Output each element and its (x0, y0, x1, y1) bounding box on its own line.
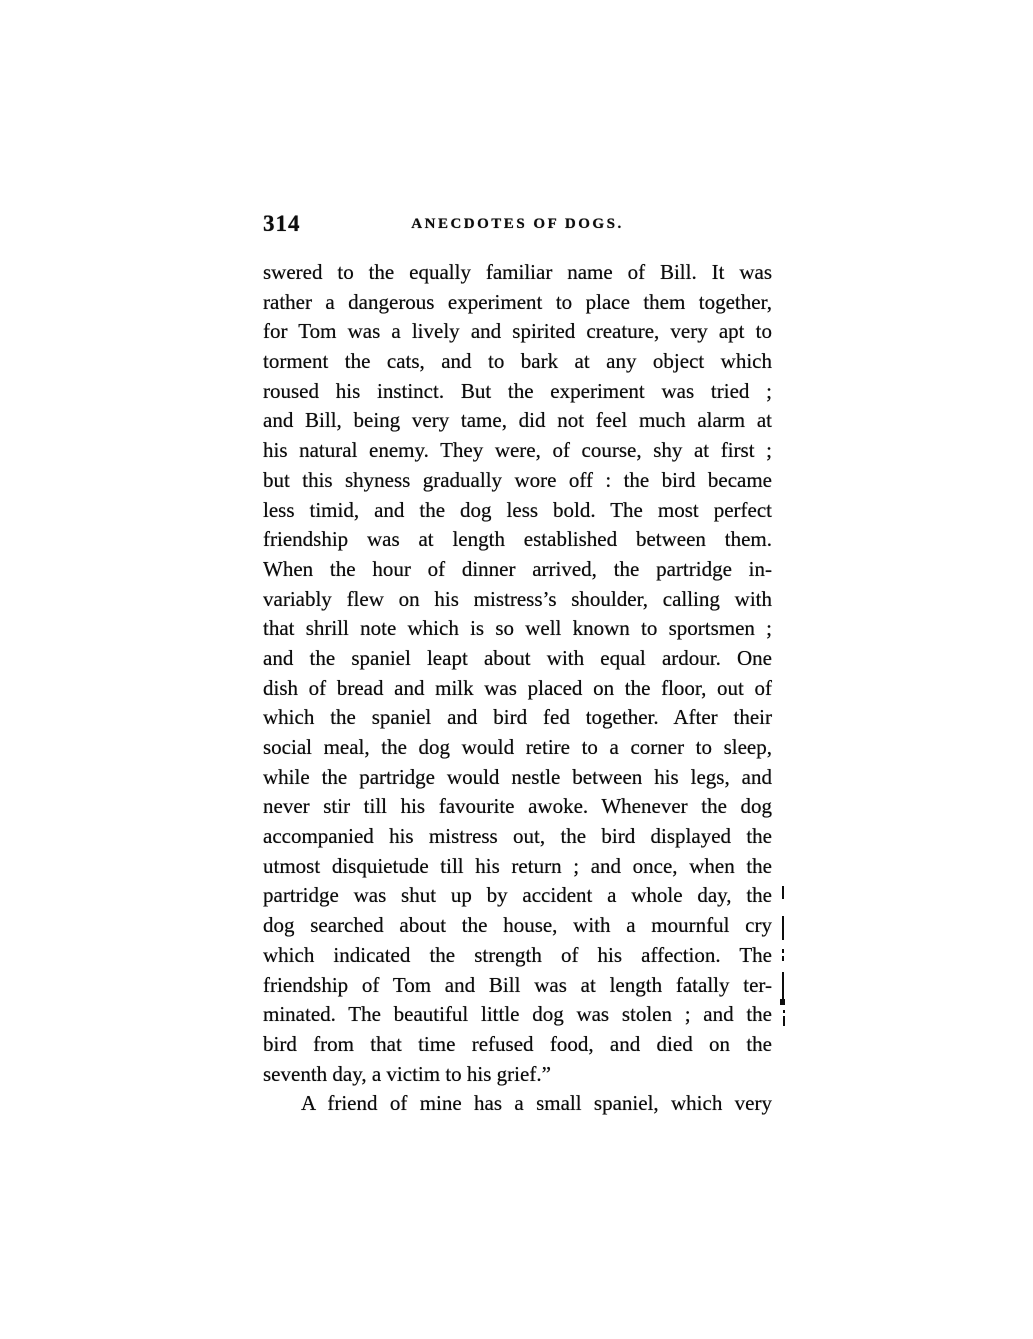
margin-mark-artifact (782, 949, 784, 953)
scanned-book-page: 314 ANECDOTES OF DOGS. swered to the equ… (0, 0, 1033, 1339)
margin-mark-artifact (783, 1010, 785, 1013)
margin-mark-artifact (782, 886, 784, 899)
text-line: dog searched about the house, with a mou… (263, 911, 772, 941)
text-line: utmost disquietude till his return ; and… (263, 852, 772, 882)
text-line: that shrill note which is so well known … (263, 614, 772, 644)
text-line: roused his instinct. But the experiment … (263, 377, 772, 407)
text-line: which the spaniel and bird fed together.… (263, 703, 772, 733)
margin-mark-artifact (780, 999, 785, 1005)
text-line: but this shyness gradually wore off : th… (263, 466, 772, 496)
text-line: rather a dangerous experiment to place t… (263, 288, 772, 318)
text-line: friendship of Tom and Bill was at length… (263, 971, 772, 1001)
text-line: and Bill, being very tame, did not feel … (263, 406, 772, 436)
text-line: seventh day, a victim to his grief.” (263, 1060, 772, 1090)
text-line: swered to the equally familiar name of B… (263, 258, 772, 288)
text-line: never stir till his favourite awoke. Whe… (263, 792, 772, 822)
page-number: 314 (263, 211, 301, 237)
running-head: ANECDOTES OF DOGS. (411, 216, 623, 233)
text-line: partridge was shut up by accident a whol… (263, 881, 772, 911)
text-line: minated. The beautiful little dog was st… (263, 1000, 772, 1030)
body-text: swered to the equally familiar name of B… (263, 258, 772, 1119)
page-content: 314 ANECDOTES OF DOGS. swered to the equ… (263, 211, 772, 1119)
text-line: When the hour of dinner arrived, the par… (263, 555, 772, 585)
margin-mark-artifact (782, 956, 784, 961)
text-line: while the partridge would nestle between… (263, 763, 772, 793)
text-line: friendship was at length established bet… (263, 525, 772, 555)
text-line: social meal, the dog would retire to a c… (263, 733, 772, 763)
text-line: A friend of mine has a small spaniel, wh… (263, 1089, 772, 1119)
text-line: torment the cats, and to bark at any obj… (263, 347, 772, 377)
text-line: which indicated the strength of his affe… (263, 941, 772, 971)
text-line: dish of bread and milk was placed on the… (263, 674, 772, 704)
margin-mark-artifact (782, 916, 784, 940)
text-line: accompanied his mistress out, the bird d… (263, 822, 772, 852)
text-line: bird from that time refused food, and di… (263, 1030, 772, 1060)
text-line: less timid, and the dog less bold. The m… (263, 496, 772, 526)
text-line: for Tom was a lively and spirited creatu… (263, 317, 772, 347)
page-header: 314 ANECDOTES OF DOGS. (263, 211, 772, 236)
margin-mark-artifact (783, 1016, 785, 1026)
text-line: his natural enemy. They were, of course,… (263, 436, 772, 466)
text-line: and the spaniel leapt about with equal a… (263, 644, 772, 674)
text-line: variably flew on his mistress’s shoulder… (263, 585, 772, 615)
